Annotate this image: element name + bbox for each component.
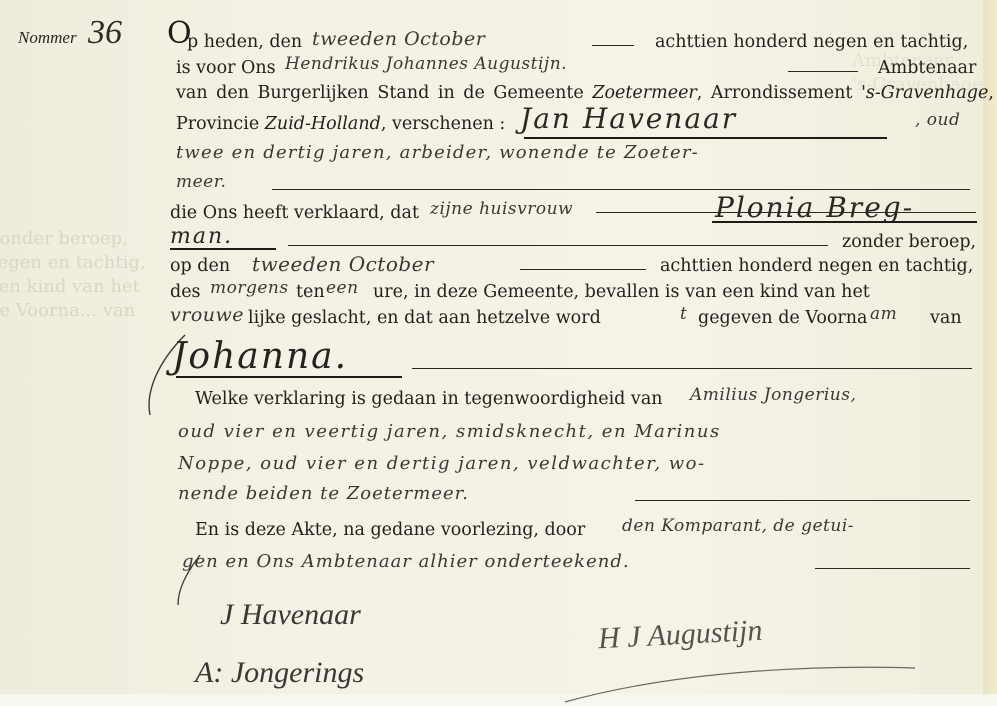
printed-text: Welke verklaring is gedaan in tegenwoord… <box>195 389 663 409</box>
handwritten-text: den Komparant, de getui- <box>622 516 854 536</box>
pen-flourish <box>170 550 210 610</box>
handwritten-hour: een <box>326 278 359 298</box>
printed-text: is voor Ons <box>176 58 276 78</box>
record-number-label: Nommer <box>18 28 77 48</box>
fill-line <box>272 189 970 190</box>
printed-text: die Ons heeft verklaard, dat <box>170 203 419 223</box>
fill-line <box>635 500 970 501</box>
bleed-through-text: negen en tachtig, <box>0 252 146 273</box>
handwritten-date: tweeden October <box>252 252 434 276</box>
bleed-through-text: een kind van het <box>0 276 140 297</box>
handwritten-date: tweeden October <box>312 28 485 50</box>
handwritten-text: zijne huisvrouw <box>430 199 573 219</box>
fill-line <box>520 269 646 270</box>
printed-text: van <box>930 308 962 328</box>
fill-line <box>412 368 972 369</box>
signature-father: J Havenaar <box>220 598 361 632</box>
printed-text: op den <box>170 256 230 276</box>
handwritten-residence: nende beiden te Zoetermeer. <box>178 483 469 504</box>
printed-text: ure, in deze Gemeente, bevallen is van e… <box>373 282 870 302</box>
handwritten-father-name: Jan Havenaar <box>520 102 737 135</box>
handwritten-mother-name: Plonia Breg- <box>715 191 914 224</box>
printed-text: zonder beroep, <box>842 232 976 252</box>
printed-text: achttien honderd negen en tachtig, <box>655 32 968 52</box>
pen-flourish <box>140 330 200 420</box>
civil-record-page: zonder beroep, negen en tachtig, een kin… <box>0 0 997 706</box>
printed-text: p heden, den <box>187 32 302 52</box>
handwritten-sex: vrouwe <box>170 304 244 326</box>
printed-text: Ambtenaar <box>878 58 976 78</box>
fill-line <box>596 212 976 213</box>
arrondissement: 's-Gravenhage <box>861 83 988 103</box>
printed-text: En is deze Akte, na gedane voorlezing, d… <box>195 520 585 540</box>
handwritten-witness-details: oud vier en veertig jaren, smidsknecht, … <box>178 421 721 442</box>
printed-text: Provincie Zuid-Holland, verschenen : <box>176 114 505 134</box>
handwritten-text: man. <box>170 224 233 249</box>
printed-text: achttien honderd negen en tachtig, <box>660 256 973 276</box>
printed-text: van den Burgerlijken Stand in de Gemeent… <box>176 83 994 103</box>
printed-text: des <box>170 282 201 302</box>
handwritten-text: gen en Ons Ambtenaar alhier onderteekend… <box>182 551 630 572</box>
bleed-through-text: de Voorna... van <box>0 300 135 321</box>
printed-text: lijke geslacht, en dat aan hetzelve word <box>248 308 601 328</box>
province: Zuid-Holland <box>265 114 381 134</box>
handwritten-text: t <box>680 304 687 324</box>
handwritten-official-name: Hendrikus Johannes Augustijn. <box>285 54 567 74</box>
signature-underline-flourish <box>560 660 920 706</box>
name-underline <box>170 248 276 250</box>
handwritten-age-occupation: twee en dertig jaren, arbeider, wonende … <box>176 142 699 163</box>
name-underline <box>712 221 977 223</box>
handwritten-witness-details: Noppe, oud vier en dertig jaren, veldwac… <box>178 453 706 474</box>
fill-line <box>815 568 970 569</box>
fill-line <box>288 245 828 246</box>
handwritten-text: meer. <box>176 172 226 192</box>
page-edge <box>983 0 997 706</box>
fill-line <box>788 71 858 72</box>
name-underline <box>176 376 402 378</box>
handwritten-witness-name: Amilius Jongerius, <box>690 385 856 405</box>
handwritten-text: am <box>870 304 897 324</box>
printed-text: ten <box>296 282 325 302</box>
municipality: Zoetermeer <box>592 83 696 103</box>
name-underline <box>524 137 887 139</box>
signature-witness: A: Jongerings <box>195 656 364 690</box>
printed-text: gegeven de Voorna <box>698 308 868 328</box>
record-number-value: 36 <box>88 14 122 52</box>
signature-official: H J Augustijn <box>597 614 763 657</box>
handwritten-time: morgens <box>210 278 289 298</box>
fill-line <box>592 45 634 46</box>
handwritten-text: , oud <box>915 110 960 130</box>
